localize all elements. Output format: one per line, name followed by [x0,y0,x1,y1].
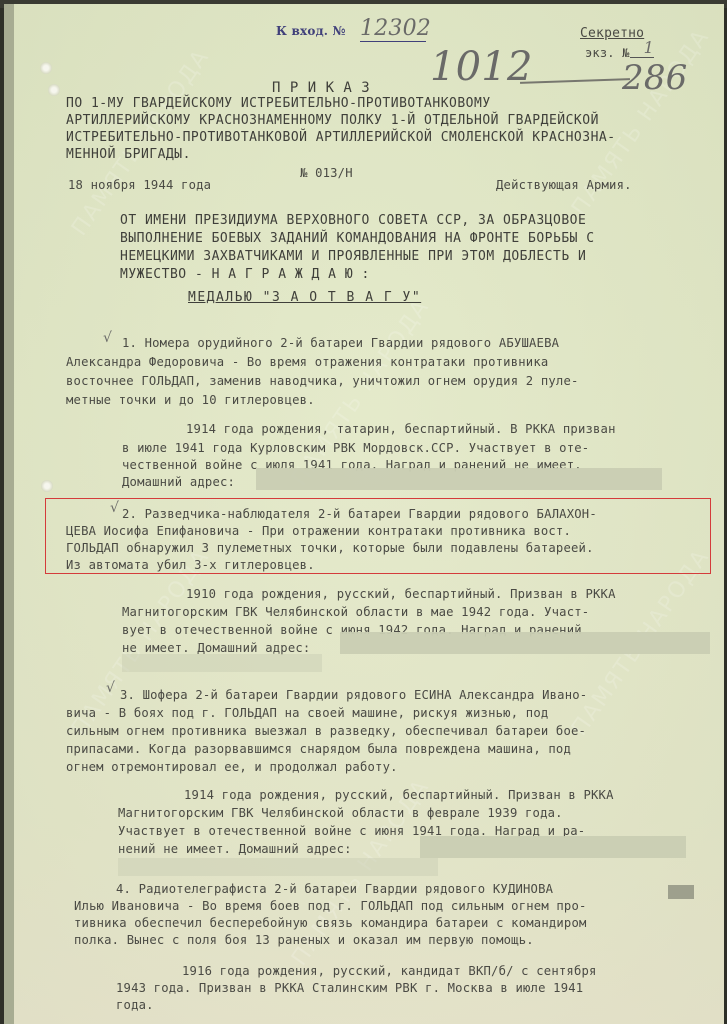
redacted-address [420,836,686,858]
incoming-stamp-number: 12302 [360,16,426,42]
bio-line: 1914 года рождения, русский, беспартийны… [184,786,614,805]
citation-line: сильным огнем противника выезжал в разве… [66,722,586,741]
citation-line: вича - В боях под г. ГОЛЬДАП на своей ма… [66,704,548,723]
order-date: 18 ноября 1944 года [68,176,211,195]
redacted-address [340,632,710,654]
redacted-address [256,468,662,490]
copy-number: 1 [630,38,654,58]
bio-line: Магнитогорским ГВК Челябинской области в… [122,603,589,622]
order-title: П Р И К А З [272,80,370,96]
addressee-line: МЕННОЙ БРИГАДЫ. [66,147,191,162]
citation-line: полка. Вынес с поля боя 13 раненых и ока… [74,931,534,950]
redacted-name-fragment [668,885,694,899]
bio-line: нений не имеет. Домашний адрес: [118,840,352,859]
bio-line: Домашний адрес: [122,473,235,492]
handwritten-number: 1012 [430,44,533,90]
citation-line: Из автомата убил 3-х гитлеровцев. [66,556,315,575]
punch-hole [40,62,52,74]
punch-hole [41,480,53,492]
citation-line: метные точки и до 10 гитлеровцев. [66,391,315,410]
punch-hole [48,84,60,96]
bio-line: 1943 года. Призван в РККА Сталинским РВК… [116,979,583,998]
addressee-line: ПО 1-МУ ГВАРДЕЙСКОМУ ИСТРЕБИТЕЛЬНО-ПРОТИ… [66,96,491,111]
preamble-line: ОТ ИМЕНИ ПРЕЗИДИУМА ВЕРХОВНОГО СОВЕТА СС… [120,213,586,228]
citation-line: 1. Номера орудийного 2-й батареи Гвардии… [122,334,559,353]
check-mark: √ [103,330,112,346]
preamble-line: МУЖЕСТВО - Н А Г Р А Ж Д А Ю : [120,267,370,282]
citation-line: восточнее ГОЛЬДАП, заменив наводчика, ун… [66,372,579,391]
addressee-line: ИСТРЕБИТЕЛЬНО-ПРОТИВОТАНКОВОЙ АРТИЛЛЕРИЙ… [66,130,616,145]
preamble-line: ВЫПОЛНЕНИЕ БОЕВЫХ ЗАДАНИЙ КОМАНДОВАНИЯ Н… [120,231,595,246]
handwritten-page-number: 286 [622,58,688,98]
bio-line: Магнитогорским ГВК Челябинской области в… [118,804,563,823]
check-mark: √ [106,680,115,696]
order-number: № 013/Н [300,164,353,183]
check-mark: √ [110,500,119,516]
addressee-line: АРТИЛЛЕРИЙСКОМУ КРАСНОЗНАМЕННОМУ ПОЛКУ 1… [66,113,599,128]
incoming-stamp-label: К вход. № [276,24,346,38]
citation-line: 3. Шофера 2-й батареи Гвардии рядового Е… [120,686,587,705]
citation-line: Александра Федоровича - Во время отражен… [66,353,548,372]
citation-line: огнем отремонтировал ее, и продолжал раб… [66,758,398,777]
preamble-line: НЕМЕЦКИМИ ЗАХВАТЧИКАМИ И ПРОЯВЛЕННЫЕ ПРИ… [120,249,586,264]
redacted-address [118,858,438,876]
citation-line: припасами. Когда разорвавшимся снарядом … [66,740,571,759]
bio-line: 1914 года рождения, татарин, беспартийны… [186,420,616,439]
bio-line: года. [116,996,154,1015]
redacted-address [122,654,322,672]
bio-line: 1910 года рождения, русский, беспартийны… [186,585,616,604]
award-title: МЕДАЛЬЮ "З А О Т В А Г У" [188,290,421,305]
order-location: Действующая Армия. [496,176,632,195]
